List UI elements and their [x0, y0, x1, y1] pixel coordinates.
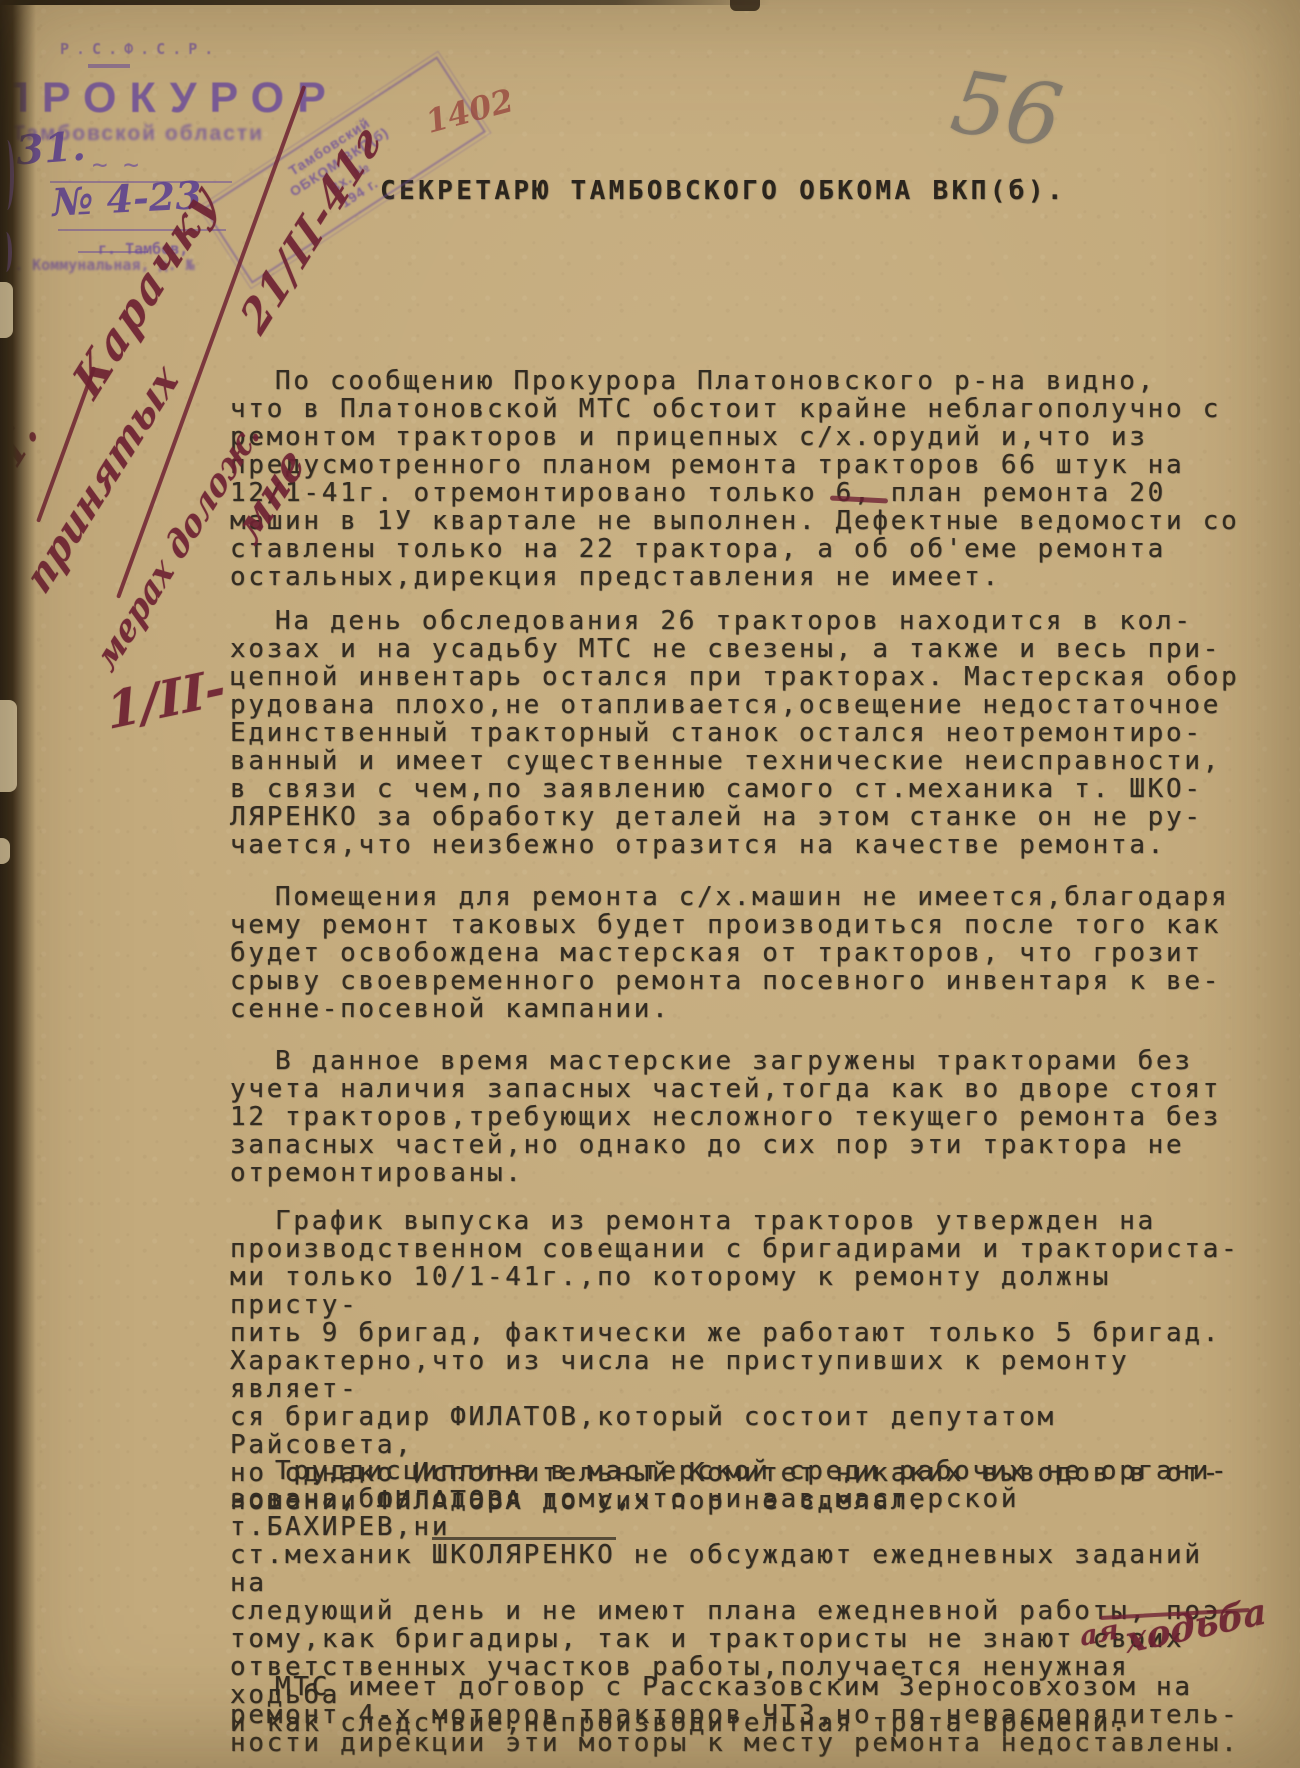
- document-page: 56 Р.С.Ф.С.Р. ПРОКУРОР Тамбовской област…: [0, 0, 1300, 1768]
- typed-underline-shkolyarenko: [432, 1537, 616, 1540]
- binding-paper-patch: [0, 282, 13, 338]
- binding-paper-patch: [0, 838, 10, 864]
- typed-paragraph-3: Помещения для ремонта с/х.машин не имеет…: [230, 883, 1240, 1023]
- typed-paragraph-2: На день обследования 26 тракторов находи…: [230, 607, 1240, 859]
- typed-paragraph-7: МТС имеет договор с Рассказовским Зернос…: [230, 1673, 1240, 1757]
- typed-paragraph-4: В данное время мастерские загружены трак…: [230, 1047, 1240, 1187]
- binding-paper-patch: [0, 700, 17, 792]
- typed-paragraph-1: По сообщению Прокурора Платоновского р-н…: [230, 367, 1240, 591]
- cut-stamp-fragment: [0, 140, 14, 210]
- page-top-notch: [730, 0, 760, 11]
- letterhead-divider: [88, 64, 130, 68]
- letterhead-republic: Р.С.Ф.С.Р.: [60, 40, 220, 58]
- cut-stamp-fragment: [0, 232, 12, 272]
- letterhead-title: ПРОКУРОР: [0, 74, 339, 123]
- page-number-pencil: 56: [945, 52, 1069, 168]
- page-top-edge: [0, 0, 770, 5]
- document-heading: СЕКРЕТАРЮ ТАМБОВСКОГО ОБКОМА ВКП(б).: [380, 176, 1066, 206]
